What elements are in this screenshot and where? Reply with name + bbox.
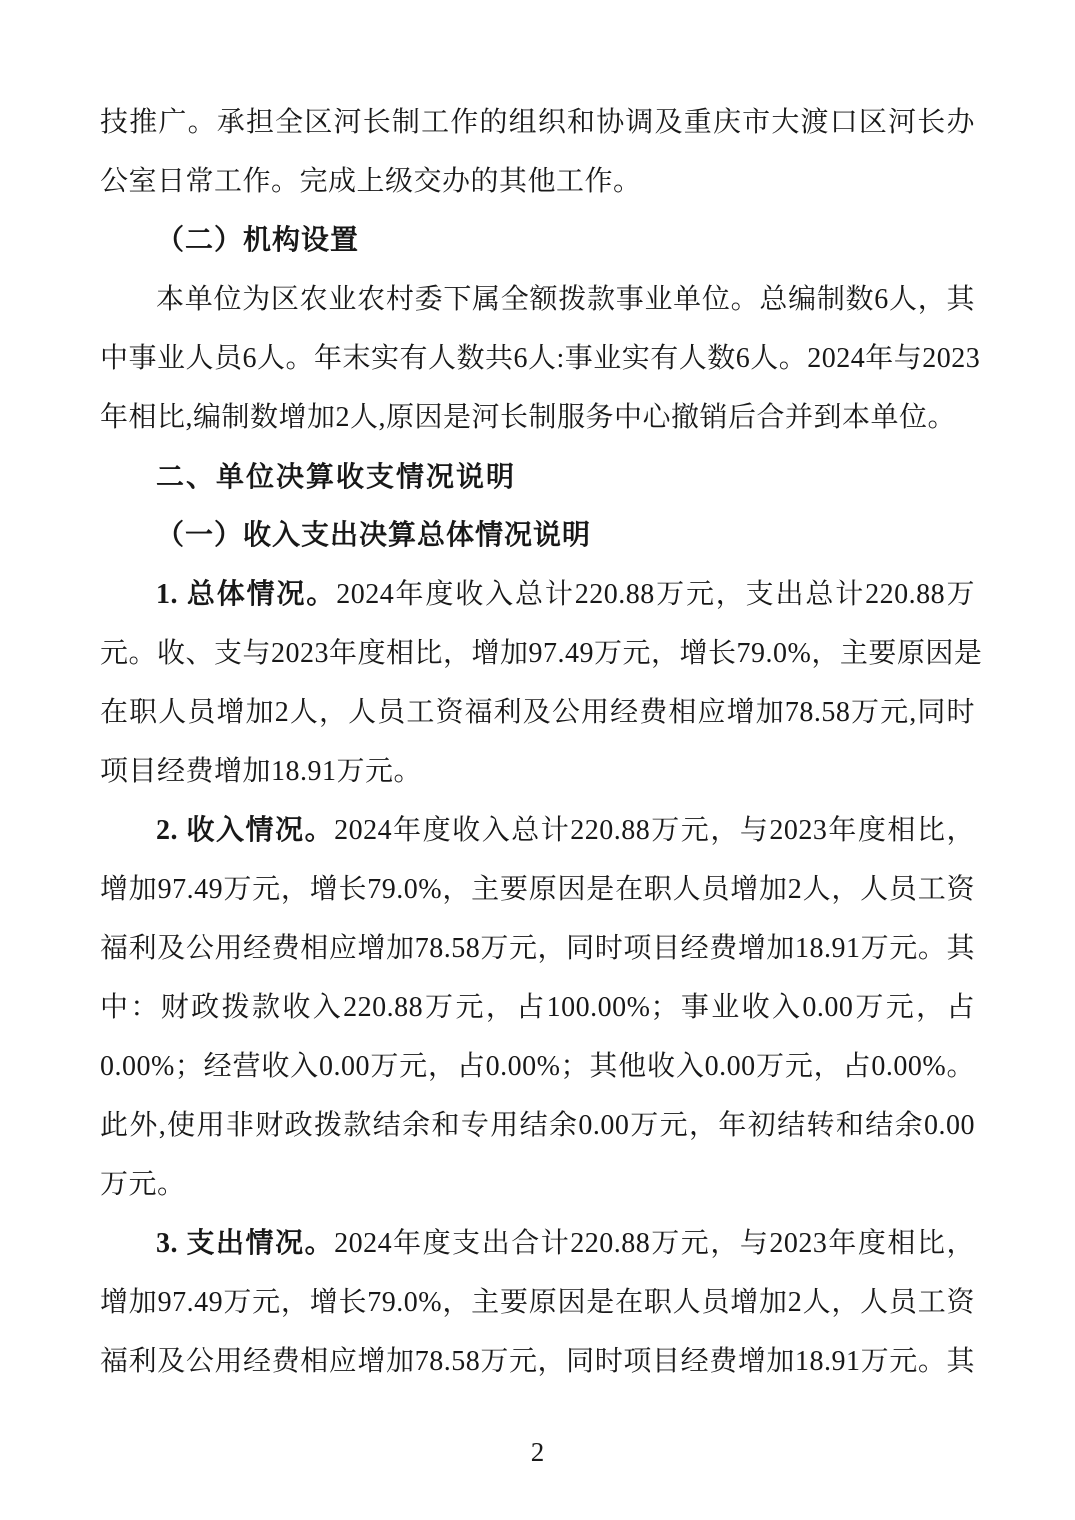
text-line: （二）机构设置 [100, 211, 975, 270]
section-heading: 二、单位决算收支情况说明 [100, 447, 975, 506]
text-line: 增加97.49万元，增长79.0%，主要原因是在职人员增加2人，人员工资 [100, 860, 975, 919]
paragraph: 3. 支出情况。2024年度支出合计220.88万元，与2023年度相比，增加9… [100, 1214, 975, 1391]
numbered-item-lead: 2. 收入情况。 [156, 815, 334, 846]
text-line: 元。收、支与2023年度相比，增加97.49万元，增长79.0%，主要原因是 [100, 624, 975, 683]
text-line: 此外,使用非财政拨款结余和专用结余0.00万元，年初结转和结余0.00 [100, 1096, 975, 1155]
document-page: 技推广。承担全区河长制工作的组织和协调及重庆市大渡口区河长办公室日常工作。完成上… [0, 0, 1075, 1520]
text-line: 福利及公用经费相应增加78.58万元，同时项目经费增加18.91万元。其 [100, 1332, 975, 1391]
text-line: 增加97.49万元，增长79.0%，主要原因是在职人员增加2人，人员工资 [100, 1273, 975, 1332]
text-line: 技推广。承担全区河长制工作的组织和协调及重庆市大渡口区河长办 [100, 93, 975, 152]
text-line: 中：财政拨款收入220.88万元，占100.00%；事业收入0.00万元，占 [100, 978, 975, 1037]
text-line: 二、单位决算收支情况说明 [100, 447, 975, 506]
text-line: 3. 支出情况。2024年度支出合计220.88万元，与2023年度相比， [100, 1214, 975, 1273]
text-line: 1. 总体情况。2024年度收入总计220.88万元，支出总计220.88万 [100, 565, 975, 624]
section-heading: （一）收入支出决算总体情况说明 [100, 506, 975, 565]
page-number: 2 [0, 1428, 1075, 1476]
text-line: 项目经费增加18.91万元。 [100, 742, 975, 801]
text-line: （一）收入支出决算总体情况说明 [100, 506, 975, 565]
text-line: 0.00%；经营收入0.00万元，占0.00%；其他收入0.00万元，占0.00… [100, 1037, 975, 1096]
text-line: 2. 收入情况。2024年度收入总计220.88万元，与2023年度相比， [100, 801, 975, 860]
numbered-item-lead: 3. 支出情况。 [156, 1228, 334, 1259]
text-line: 本单位为区农业农村委下属全额拨款事业单位。总编制数6人，其 [100, 270, 975, 329]
document-body: 技推广。承担全区河长制工作的组织和协调及重庆市大渡口区河长办公室日常工作。完成上… [100, 93, 975, 1391]
text-line: 中事业人员6人。年末实有人数共6人:事业实有人数6人。2024年与2023 [100, 329, 975, 388]
text-line: 福利及公用经费相应增加78.58万元，同时项目经费增加18.91万元。其 [100, 919, 975, 978]
paragraph: 技推广。承担全区河长制工作的组织和协调及重庆市大渡口区河长办公室日常工作。完成上… [100, 93, 975, 211]
section-heading: （二）机构设置 [100, 211, 975, 270]
text-line: 万元。 [100, 1155, 975, 1214]
text-line: 年相比,编制数增加2人,原因是河长制服务中心撤销后合并到本单位。 [100, 388, 975, 447]
text-line: 在职人员增加2人，人员工资福利及公用经费相应增加78.58万元,同时 [100, 683, 975, 742]
paragraph: 本单位为区农业农村委下属全额拨款事业单位。总编制数6人，其中事业人员6人。年末实… [100, 270, 975, 447]
paragraph: 1. 总体情况。2024年度收入总计220.88万元，支出总计220.88万元。… [100, 565, 975, 801]
paragraph: 2. 收入情况。2024年度收入总计220.88万元，与2023年度相比，增加9… [100, 801, 975, 1214]
numbered-item-lead: 1. 总体情况。 [156, 579, 336, 610]
text-line: 公室日常工作。完成上级交办的其他工作。 [100, 152, 975, 211]
